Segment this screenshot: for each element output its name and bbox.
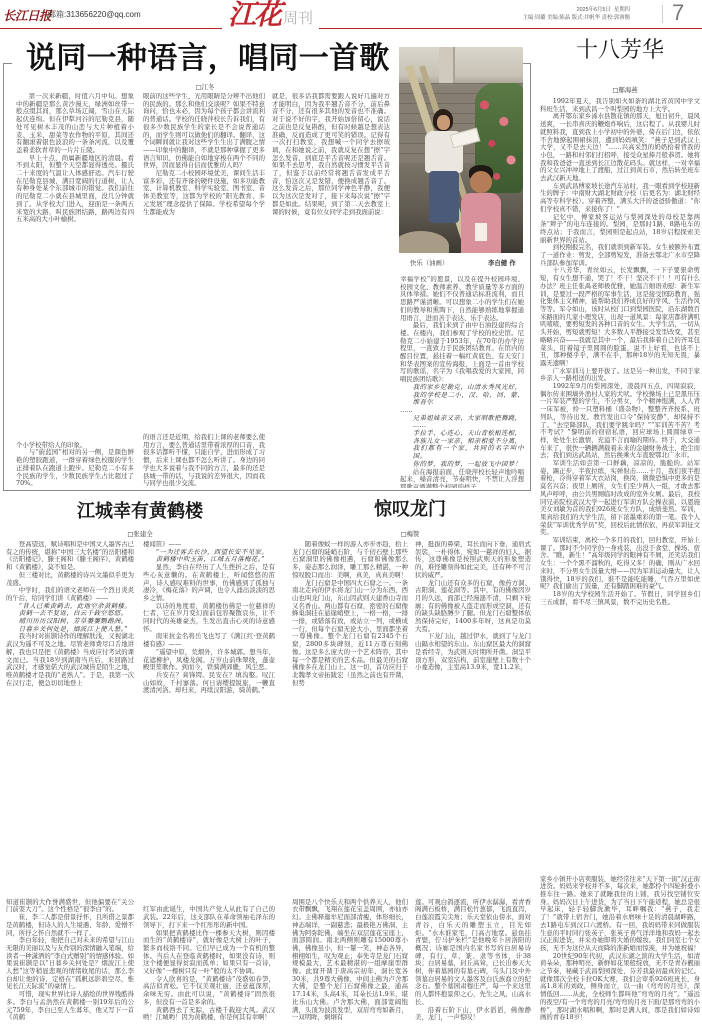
poem-stanza: 兵安在？膏锋锷。民安在？填沟壑。叹江山如故，千村寥落。何日请缨提锐旅，一鞭直渡清… <box>143 672 275 695</box>
paragraph: 龙门山还有众多的石窟，像药方洞、古阳洞、莲花洞等。其中，有的佛像因岁月的久远，面… <box>415 580 531 634</box>
article-title: 惊叹龙门 <box>340 499 480 521</box>
column-tail: 红军由此诞生，中国共产党人从此有了自己的武装。22年后，这支部队在革命领袖毛泽东… <box>143 906 275 1022</box>
paragraph: 十八芳华，青丝如云，长发飘飘，一下子要狠命剪短，有女生想不通，哭了！不干！坚决不… <box>540 267 700 367</box>
article-byline: □鄢海燕 <box>585 86 665 94</box>
article-3-column-1: 登高望远，赋诗唱和是中国文人墨客古已有之的传统，堪称“中国三大名楼”的岳阳楼和《… <box>6 541 134 1022</box>
header-divider <box>662 5 663 23</box>
girl-jeans <box>429 171 459 223</box>
masthead-suffix: 周刊 <box>283 6 313 30</box>
paragraph: 军训生活如尝第一口鲜藕，凉凉的，脆脆的。站军姿，踢正步，半夜拉练，实弹射击……十… <box>540 460 700 537</box>
paragraph: 黄鹤西去了无踪，古楼千载迎大风。武汉哟！江城哟！因为黄鹤楼，你是何其有幸啊！ <box>143 1007 275 1022</box>
article-1-column-3: 就是，很多话我都需要跟人说好几遍对方才能明白，因为我平翘舌音不分，前后鼻音不分，… <box>272 93 390 488</box>
box-left-border <box>3 63 4 490</box>
paragraph: 第一次来新疆，时值六月中旬。想象中的新疆是那么黄沙漫天，绿洲如丝带一般点缀其间，… <box>16 93 134 155</box>
paragraph: 车到武昌傅家坡长途汽车站时，我一眼看到学校迎新生的牌子：中南财大湖北财政分校（后… <box>540 183 700 214</box>
paragraph: 离开鄂东家乡浠水县散花镇的那天，旭日初升，晨风送爽，一长串喜庆的鞭炮炸响后，这启… <box>540 113 700 182</box>
poem-line: 我们都有一个家，共同的名字叫中国。 <box>400 445 524 460</box>
newspaper-logo: 长江日报 <box>3 6 51 24</box>
paragraph: 到校刚报完名，我们就领到新军装。女生被额外布置了一道作业：剪发，全部剪短发，准备… <box>540 244 700 267</box>
boy-book <box>475 223 487 241</box>
paragraph: 眼前的这些学生，光用眼睛是分辨不出他们的民族的。那么和他们交谈呢？如果不特意询问… <box>143 93 265 170</box>
article-1-column-2: 眼前的这些学生，光用眼睛是分辨不出他们的民族的。那么和他们交谈呢？如果不特意询问… <box>143 93 265 488</box>
poem-line: 我的学校是二小，汉、哈、回、蒙、维吾尔 <box>400 392 524 407</box>
paragraph: 以诗的角度看，黄鹤楼仿佛是一位慈祥的仁者，它在岁月变幻面前包容聚散哀乐，让不同时… <box>143 603 275 634</box>
contact-email: 邮箱:313656220@qq.com <box>48 9 141 20</box>
paragraph: 幸福学校”的愿景，以及在提升校园环境、校园文化、教师素养、教学质量等多方面的具体… <box>400 276 524 322</box>
paragraph: 站在海报前面，任晓萍校长轻声地吟唱起来，嗓音清亮，节奏明快，不禁让人浮想那歌声洒… <box>400 469 524 488</box>
column-tail: 莲。可观白鸽逐流，听伊水潺潺，看青香阁满石板桥，满目松竹葱郁，飞流直泻，白莲浪霞… <box>415 899 531 1022</box>
paragraph: 就是，很多话我都需要跟人说好几遍对方才能明白，因为我平翘舌音不分，前后鼻音不分，… <box>272 93 390 216</box>
paragraph: 中学时，我们的语文老师在一个烈日炎炎的午后，给同学们讲《黄鹤楼》—— <box>6 587 134 602</box>
poem-stanza: “遥望中原，荒烟外，许多城郭。想当年，花遮柳护，凤楼龙阁。万岁山前珠翠绕，蓬壶殿… <box>143 649 275 672</box>
paragraph: 周围是八个快乐天和两个供养天人，他们衣带飘飘，飞翔在莲花宝盖周围，亦仙亦幻。主佛… <box>292 899 408 1022</box>
dateline: 2025年6月5日 星期四 <box>577 5 630 13</box>
paragraph: 与“蔚蓝园”相对的另一侧，是颜色鲜艳的塑胶跑道，一群穿着绿色校服的学生正排着队在… <box>16 449 134 488</box>
paragraph: 南宋抗金名将岳飞也写了《满江红·登黄鹤楼有感》—— <box>143 633 275 648</box>
masthead-title: 江花 <box>228 0 280 30</box>
box-bottom-border <box>3 490 531 491</box>
paragraph: 早上十点，尚属新疆地区的清晨。看不到太阳，但整个天空都显得透亮。摄氏二十来度的气… <box>16 155 134 224</box>
article-1-column-1: 第一次来新疆，时值六月中旬。想象中的新疆是那么黄沙漫天，绿洲如丝带一般点缀其间，… <box>16 93 134 488</box>
column-tail: 周围是八个快乐天和两个供养天人，他们衣带飘飘，飞翔在莲花宝盖周围，亦仙亦幻。主佛… <box>292 899 408 1022</box>
article-title: 江城幸有黄鹤楼 <box>60 501 220 523</box>
paragraph: 18岁的大学校园生活开始了。节假日，同学回乡们三五成群，看不尽三镇风景，数不完历… <box>540 591 700 606</box>
paragraph: 神，挺拔的鼻梁，耳长而向下垂，通肩式袈裟，一朴得体，宛如一慈祥的妇人。据传，这尊… <box>415 541 531 580</box>
paragraph: 沿着石阶下山，伊水滔滔，佛像静美，龙门，一声惊叹！ <box>415 1007 531 1022</box>
paragraph: 军训结束，离校一个多月的我们，回归教室，开始上课了。那时不少同学仍一身戎装，出没… <box>540 537 700 591</box>
column-tail: 个小学校带给人的印象。 与“蔚蓝园”相对的另一侧，是颜色鲜艳的塑胶跑道，一群穿着… <box>16 442 134 488</box>
paragraph: 20世纪90年代初，武汉东湖之滨的大学生活，如清荷朵朵，那种明亮、新鲜如花果般绽… <box>540 953 700 1022</box>
painting-artist: 李自健 作 <box>488 258 516 267</box>
article-2-column: 1992年夏天，我告别如火如荼的湖北省黄冈中学文科班生活，来到武昌一个叫梨园的地… <box>540 98 700 1022</box>
article-title: 十八芳华 <box>540 37 700 65</box>
dog <box>399 231 449 253</box>
paragraph: 广水军训马上要开拔了。这是另一种出发，不同于家乡亲人一路相送的出发。 <box>540 368 700 383</box>
paragraph: 可惜，现实世界比诗人描绘的世界残酷得多。李白与孟浩然在黄鹤楼一别19年后的公元7… <box>6 991 134 1022</box>
paragraph: 我当时对崔颢诗作的理解肤浅，又视湖北武汉为遥不可及之地。尽管老师费尽口舌地讲解，… <box>6 633 134 687</box>
paragraph: 记忆中，傅家坡客运站与梨园深处的母校是靠两条“辫子”的电车连接的。梨园，是那时1… <box>540 214 700 245</box>
box-right-border <box>530 63 531 490</box>
article-4-column-2: 神，挺拔的鼻梁，耳长而向下垂，通肩式袈裟，一朴得体，宛如一慈祥的妇人。据传，这尊… <box>415 541 531 1022</box>
paragraph: 但三楼对比，黄鹤楼的诗兴文墨似乎更为茂盛。 <box>6 572 134 587</box>
article-byline: □江冬 <box>165 83 245 91</box>
paragraph: 最后，我们来到了由中石油投建的综合楼。在楼内，我们参观了学校的校史馆。尼勒克二小… <box>400 322 524 384</box>
paragraph: 登高望远，赋诗唱和是中国文人墨客古已有之的传统，堪称“中国三大名楼”的岳阳楼和《… <box>6 541 134 572</box>
painting-image <box>399 47 523 253</box>
paragraph: 的语言还是近期，给我们上课的老师要么使用方言，要么普通话里带着浓厚的口音，我很多… <box>143 434 265 488</box>
girl-face <box>437 115 450 130</box>
article-3-column-2: 楼闻笛》—— “一为迁客去长沙，西望长安不见家。 黄鹤楼中吹玉笛，江城五月落梅花… <box>143 541 275 1022</box>
paragraph: 如果把黄鹤楼比作一棵参天大树，则因楼而生的“黄鹤楼诗”，就好像是大树上的叶子，繁… <box>143 930 275 976</box>
paragraph: 尼勒克二小校园环境优美，课间生活丰富多彩，还有齐备的硬件设施，如多功能教室、计算… <box>143 170 265 216</box>
article-1-column-4: 幸福学校”的愿景，以及在提升校园环境、校园文化、教师素养、教学质量等多方面的具体… <box>400 276 524 488</box>
article-4-column-1: 随着像蚁一样的游人亦步亦趋，拾上龙门石窟的陡峭石阶，与千仞石壁上那些石窟洞里的佛… <box>292 541 408 1022</box>
article-title: 说同一种语言，唱同一首歌 <box>26 41 390 77</box>
paragraph: 龙门石窟是中国四大石窟之一。一条南北走向的伊水将龙门山一分为东西，西山也叫龙门山… <box>292 580 408 688</box>
editorial-credits: 主编:周璐 美编:陈晶 版式:井帆华 责校:郭睿衡 <box>522 13 630 21</box>
tower <box>439 47 455 85</box>
paragraph: 显然，李白在经历了人生挫折之后，是有些心灰意懒的。在黄鹤楼上，听闻悠悠的笛声，诗… <box>143 564 275 603</box>
article-byline: □梅赞 <box>370 530 450 538</box>
paragraph: 1992年9月的梨园深处，凌晨四五点，四周寂寂，偶尔传来围墙外渔村人家的犬吠。学… <box>540 383 700 460</box>
header-rule <box>0 28 702 29</box>
page-number: 7 <box>672 0 684 26</box>
paragraph: 下龙门山，越过伊水，就到了与龙门山隔水相望的东山。东山窟区最大的洞窟是看经寺，为… <box>415 633 531 672</box>
paragraph: 崔、李二人都是借景抒怀，且所借之景都是黄鹤楼，但诗人的人生境遇、年龄、爱憎不同，… <box>6 914 134 937</box>
box-left-tick <box>3 63 12 64</box>
masthead: 江花 周刊 <box>222 0 319 30</box>
column-tail: 的语言还是近期，给我们上课的老师要么使用方言，要么普通话里带着浓厚的口音，我很多… <box>143 434 265 488</box>
column-tail: 家乡小镇开小店卖服装，她经常往来“天下第一街”汉正街进货。妈妈来学校并不多，每次… <box>540 876 700 1022</box>
painting-caption: 快乐（油画） <box>410 258 448 267</box>
paragraph: 李白年轻，他把自己对未来的希望与江山无限的美丽以及与友作别的深情融入笔端，给读者… <box>6 937 134 991</box>
article-byline: □张建全 <box>100 530 180 538</box>
boy-face <box>470 171 492 193</box>
paragraph: 红军由此诞生，中国共产党人从此有了自己的武装。22年后，这支部队在革命领袖毛泽东… <box>143 906 275 929</box>
paragraph: 知道崔颢的大作誉满盛世，但他偏要在“关公门前耍大刀”。这个性格是“很李白”的。 <box>6 899 134 914</box>
paragraph: 家乡小镇开小店卖服装，她经常往来“天下第一街”汉正街进货。妈妈来学校并不多，每次… <box>540 876 700 953</box>
paragraph: 莲。可观白鸽逐流，听伊水潺潺，看青香阁满石板桥，满目松竹葱郁，飞流直泻，白莲浪霞… <box>415 899 531 1007</box>
paragraph: 随着像蚁一样的游人亦步亦趋，拾上龙门石窟的陡峭石阶，与千仞石壁上那些石窟洞里的佛… <box>292 541 408 580</box>
column-tail: 知道崔颢的大作誉满盛世，但他偏要在“关公门前耍大刀”。这个性格是“很李白”的。 … <box>6 899 134 1022</box>
paragraph: 令人欣喜的是，“黄鹤楼诗”茂盛如春笋，高洁似青松。它不仅美观壮丽，还意蕴深厚，余… <box>143 976 275 1007</box>
